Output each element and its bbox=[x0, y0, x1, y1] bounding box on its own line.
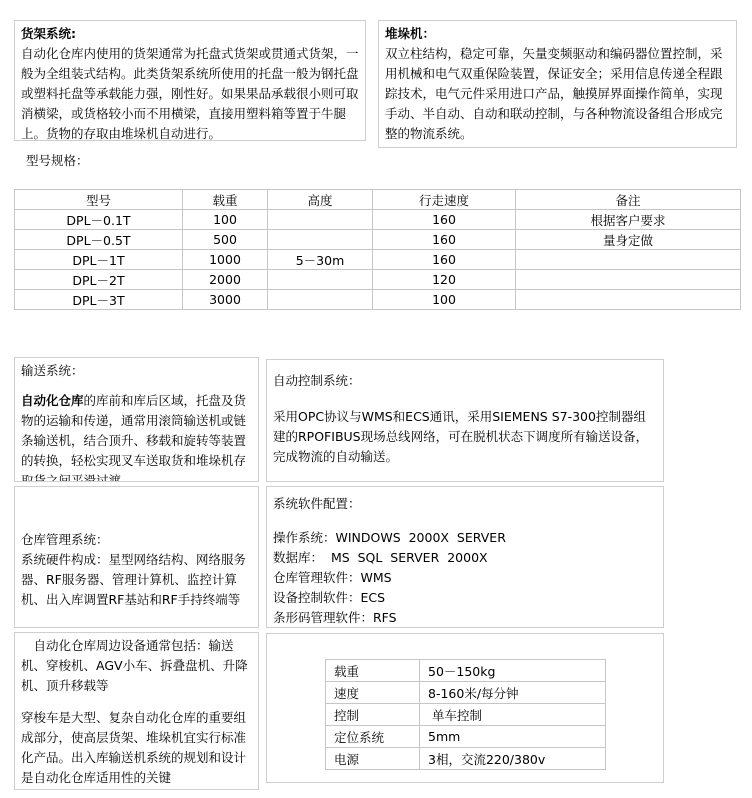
table-row: 载重 50－150kg bbox=[326, 660, 606, 682]
cell-load: 1000 bbox=[183, 250, 268, 270]
stacker-body: 双立柱结构，稳定可靠，矢量变频驱动和编码器位置控制，采用机械和电气双重保险装置，… bbox=[385, 44, 730, 144]
model-spec-table-wrap: 型号 载重 高度 行走速度 备注 DPL－0.1T 100 160 根据客户要求… bbox=[14, 189, 741, 310]
model-spec-table: 型号 载重 高度 行走速度 备注 DPL－0.1T 100 160 根据客户要求… bbox=[14, 189, 741, 310]
param-value: 3相，交流220/380v bbox=[420, 748, 606, 770]
cell-height bbox=[268, 210, 373, 230]
col-header-load: 载重 bbox=[183, 190, 268, 210]
software-config-section: 系统软件配置： 操作系统：WINDOWS 2000X SERVER 数据库： M… bbox=[266, 486, 664, 628]
param-label: 控制 bbox=[326, 704, 420, 726]
peripheral-para2: 穿梭车是大型、复杂自动化仓库的重要组成部分，使高层货架、堆垛机宜实行标准化产品。… bbox=[21, 708, 252, 788]
conveyor-body: 自动化仓库的库前和库后区域，托盘及货物的运输和传递，通常用滚筒输送机或链条输送机… bbox=[21, 391, 252, 482]
param-value: 单车控制 bbox=[420, 704, 606, 726]
cell-remark: 根据客户要求 bbox=[516, 210, 741, 230]
conveyor-title: 输送系统： bbox=[21, 361, 252, 381]
parameter-table: 载重 50－150kg 速度 8-160米/每分钟 控制 单车控制 定位系统 5… bbox=[325, 659, 606, 770]
cell-model: DPL－0.5T bbox=[15, 230, 183, 250]
cell-height bbox=[268, 230, 373, 250]
cell-model: DPL－3T bbox=[15, 290, 183, 310]
software-line-wms: 仓库管理软件：WMS bbox=[273, 568, 657, 588]
model-spec-label: 型号规格： bbox=[26, 151, 89, 169]
stacker-section: 堆垛机： 双立柱结构，稳定可靠，矢量变频驱动和编码器位置控制，采用机械和电气双重… bbox=[378, 20, 737, 148]
cell-remark bbox=[516, 290, 741, 310]
peripheral-para1: 自动化仓库周边设备通常包括：输送机、穿梭机、AGV小车、拆叠盘机、升降机、顶升移… bbox=[21, 636, 252, 696]
table-row: 速度 8-160米/每分钟 bbox=[326, 682, 606, 704]
cell-height: 5－30m bbox=[268, 250, 373, 270]
cell-model: DPL－0.1T bbox=[15, 210, 183, 230]
cell-load: 2000 bbox=[183, 270, 268, 290]
col-header-remark: 备注 bbox=[516, 190, 741, 210]
cell-load: 100 bbox=[183, 210, 268, 230]
software-line-os: 操作系统：WINDOWS 2000X SERVER bbox=[273, 528, 657, 548]
table-row: DPL－3T 3000 100 bbox=[15, 290, 741, 310]
table-row: DPL－0.1T 100 160 根据客户要求 bbox=[15, 210, 741, 230]
table-row: DPL－1T 1000 5－30m 160 bbox=[15, 250, 741, 270]
shelf-system-body: 自动化仓库内使用的货架通常为托盘式货架或贯通式货架，一般为全组装式结构。此类货架… bbox=[21, 44, 359, 141]
table-row: DPL－2T 2000 120 bbox=[15, 270, 741, 290]
param-value: 50－150kg bbox=[420, 660, 606, 682]
shelf-system-section: 货架系统: 自动化仓库内使用的货架通常为托盘式货架或贯通式货架，一般为全组装式结… bbox=[14, 20, 366, 141]
param-label: 电源 bbox=[326, 748, 420, 770]
cell-height bbox=[268, 290, 373, 310]
col-header-height: 高度 bbox=[268, 190, 373, 210]
cell-model: DPL－1T bbox=[15, 250, 183, 270]
param-label: 定位系统 bbox=[326, 726, 420, 748]
software-line-db: 数据库： MS SQL SERVER 2000X bbox=[273, 548, 657, 568]
cell-remark: 量身定做 bbox=[516, 230, 741, 250]
cell-model: DPL－2T bbox=[15, 270, 183, 290]
software-line-ecs: 设备控制软件：ECS bbox=[273, 588, 657, 608]
table-row: 控制 单车控制 bbox=[326, 704, 606, 726]
col-header-model: 型号 bbox=[15, 190, 183, 210]
wms-section: 仓库管理系统： 系统硬件构成：星型网络结构、网络服务器、RF服务器、管理计算机、… bbox=[14, 486, 259, 628]
cell-speed: 160 bbox=[373, 250, 516, 270]
cell-speed: 100 bbox=[373, 290, 516, 310]
table-header-row: 型号 载重 高度 行走速度 备注 bbox=[15, 190, 741, 210]
cell-height bbox=[268, 270, 373, 290]
cell-speed: 160 bbox=[373, 210, 516, 230]
auto-control-body: 采用OPC协议与WMS和ECS通讯，采用SIEMENS S7-300控制器组建的… bbox=[273, 407, 657, 467]
parameter-table-section: 载重 50－150kg 速度 8-160米/每分钟 控制 单车控制 定位系统 5… bbox=[266, 633, 664, 783]
table-row: 电源 3相，交流220/380v bbox=[326, 748, 606, 770]
peripheral-section: 自动化仓库周边设备通常包括：输送机、穿梭机、AGV小车、拆叠盘机、升降机、顶升移… bbox=[14, 632, 259, 790]
stacker-title: 堆垛机： bbox=[385, 26, 435, 41]
col-header-speed: 行走速度 bbox=[373, 190, 516, 210]
wms-title: 仓库管理系统： bbox=[21, 490, 252, 550]
auto-control-section: 自动控制系统： 采用OPC协议与WMS和ECS通讯，采用SIEMENS S7-3… bbox=[266, 359, 664, 482]
cell-speed: 160 bbox=[373, 230, 516, 250]
cell-remark bbox=[516, 270, 741, 290]
cell-speed: 120 bbox=[373, 270, 516, 290]
product-spec-page: { "shelf_section": { "title": "货架系统:", "… bbox=[0, 0, 752, 798]
param-value: 5mm bbox=[420, 726, 606, 748]
table-row: DPL－0.5T 500 160 量身定做 bbox=[15, 230, 741, 250]
cell-remark bbox=[516, 250, 741, 270]
table-row: 定位系统 5mm bbox=[326, 726, 606, 748]
auto-control-title: 自动控制系统： bbox=[273, 363, 657, 391]
shelf-system-title: 货架系统: bbox=[21, 26, 76, 41]
cell-load: 3000 bbox=[183, 290, 268, 310]
param-label: 载重 bbox=[326, 660, 420, 682]
conveyor-section: 输送系统： 自动化仓库的库前和库后区域，托盘及货物的运输和传递，通常用滚筒输送机… bbox=[14, 357, 259, 482]
software-line-rfs: 条形码管理软件：RFS bbox=[273, 608, 657, 628]
param-value: 8-160米/每分钟 bbox=[420, 682, 606, 704]
software-config-title: 系统软件配置： bbox=[273, 490, 657, 514]
wms-body: 系统硬件构成：星型网络结构、网络服务器、RF服务器、管理计算机、监控计算机、出入… bbox=[21, 550, 252, 610]
param-label: 速度 bbox=[326, 682, 420, 704]
cell-load: 500 bbox=[183, 230, 268, 250]
conveyor-lead-bold: 自动化仓库 bbox=[21, 393, 84, 408]
